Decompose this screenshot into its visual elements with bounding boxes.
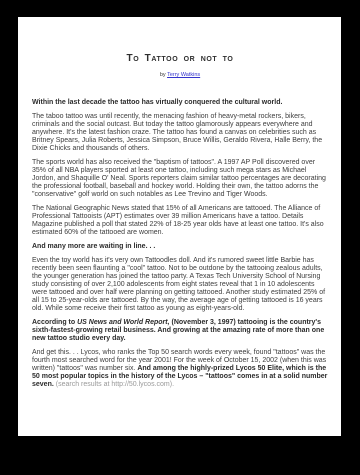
paragraph: Even the toy world has it's very own Tat… (32, 257, 328, 313)
paragraph: And get this. . . Lycos, who ranks the T… (32, 349, 328, 389)
paragraph: The taboo tattoo was until recently, the… (32, 113, 328, 153)
paragraph: Within the last decade the tattoo has vi… (32, 99, 328, 107)
text-run: (search results at http://50.lycos.com). (56, 381, 174, 388)
text-run: The taboo tattoo was until recently, the… (32, 113, 322, 152)
byline-prefix: by (160, 72, 167, 78)
article-body: Within the last decade the tattoo has vi… (32, 99, 328, 389)
text-run: According to (32, 319, 77, 326)
text-run: Within the last decade the tattoo has vi… (32, 99, 282, 106)
paragraph: According to US News and World Report, (… (32, 319, 328, 343)
document-viewer-background: To Tattoo or not to by Terry Watkins Wit… (0, 0, 360, 475)
document-page: To Tattoo or not to by Terry Watkins Wit… (18, 17, 341, 436)
text-run: US News and World Report, (77, 319, 169, 326)
paragraph: The sports world has also received the "… (32, 159, 328, 199)
text-run: And many more are waiting in line. . . (32, 243, 155, 250)
author-link[interactable]: Terry Watkins (167, 72, 200, 78)
text-run: The National Geographic News stated that… (32, 205, 324, 236)
text-run: Even the toy world has it's very own Tat… (32, 257, 325, 312)
article-byline: by Terry Watkins (32, 72, 328, 78)
text-run: The sports world has also received the "… (32, 159, 326, 198)
article-title: To Tattoo or not to (32, 53, 328, 64)
paragraph: And many more are waiting in line. . . (32, 243, 328, 251)
paragraph: The National Geographic News stated that… (32, 205, 328, 237)
